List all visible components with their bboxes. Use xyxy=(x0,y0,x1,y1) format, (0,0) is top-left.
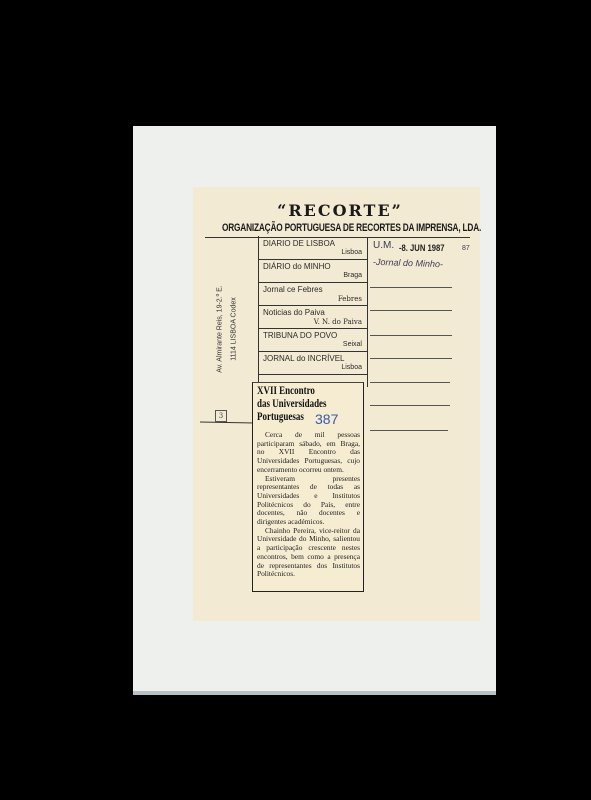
article-paragraph: Estiveram presentes representantes de to… xyxy=(257,475,360,527)
page-number: 3 xyxy=(215,410,227,422)
newspaper-city: Lisboa xyxy=(341,364,362,371)
row-rule xyxy=(259,374,367,375)
article-paragraph: Chainho Pereira, vice-reitor da Universi… xyxy=(257,527,360,579)
right-rule xyxy=(370,358,452,359)
newspaper-city: V. N. do Paiva xyxy=(314,318,362,326)
article-paragraph: Cerca de mil pessoas participaram sábado… xyxy=(257,431,360,475)
date-stamp: -8. JUN 1987 xyxy=(399,243,445,253)
address-line-1: Av. Almirante Reis, 19-2.º E. xyxy=(214,267,228,392)
newspaper-row: Jornal ce Febres Febres xyxy=(259,283,367,305)
agency-subtitle: ORGANIZAÇÃO PORTUGUESA DE RECORTES DA IM… xyxy=(222,221,452,234)
newspaper-name: Noticias do Paiva xyxy=(263,308,325,317)
paper-edge xyxy=(133,691,496,695)
article-number: 387 xyxy=(315,411,338,427)
article-title-line: XVII Encontro xyxy=(257,385,339,398)
handwritten-extra: 87 xyxy=(462,245,470,252)
address-line-2: 1114 LISBOA Codex xyxy=(228,267,242,392)
agency-address: Av. Almirante Reis, 19-2.º E. 1114 LISBO… xyxy=(214,267,242,392)
newspaper-city: Febres xyxy=(338,295,362,303)
newspaper-row: DIARIO DE LISBOA Lisboa xyxy=(259,237,367,259)
newspaper-city: Lisboa xyxy=(341,249,362,256)
newspaper-city: Seixal xyxy=(343,341,362,348)
right-rule xyxy=(370,287,452,288)
news-article: XVII Encontro das Universidades Portugue… xyxy=(252,382,364,592)
article-title-line: das Universidades xyxy=(257,398,339,411)
article-body: Cerca de mil pessoas participaram sábado… xyxy=(257,431,360,579)
newspaper-name: TRIBUNA DO POVO xyxy=(263,331,337,340)
column-divider-right xyxy=(367,237,368,387)
newspaper-name: DIÁRIO do MINHO xyxy=(263,262,331,271)
right-rule xyxy=(370,310,452,311)
newspaper-row: JORNAL do INCRÍVEL Lisboa xyxy=(259,352,367,374)
right-rule xyxy=(370,430,448,431)
newspaper-name: DIARIO DE LISBOA xyxy=(263,239,335,248)
agency-title: “RECORTE” xyxy=(275,201,405,220)
newspaper-city: Braga xyxy=(343,272,362,279)
right-rule xyxy=(370,335,452,336)
source-annotation: U.M. xyxy=(373,240,394,251)
right-rule xyxy=(370,405,450,406)
newspaper-name: JORNAL do INCRÍVEL xyxy=(263,354,345,363)
newspaper-name: Jornal ce Febres xyxy=(263,285,323,294)
newspaper-row: TRIBUNA DO POVO Seixal xyxy=(259,329,367,351)
newspaper-row: Noticias do Paiva V. N. do Paiva xyxy=(259,306,367,328)
right-rule xyxy=(370,382,450,383)
newspaper-row: DIÁRIO do MINHO Braga xyxy=(259,260,367,282)
